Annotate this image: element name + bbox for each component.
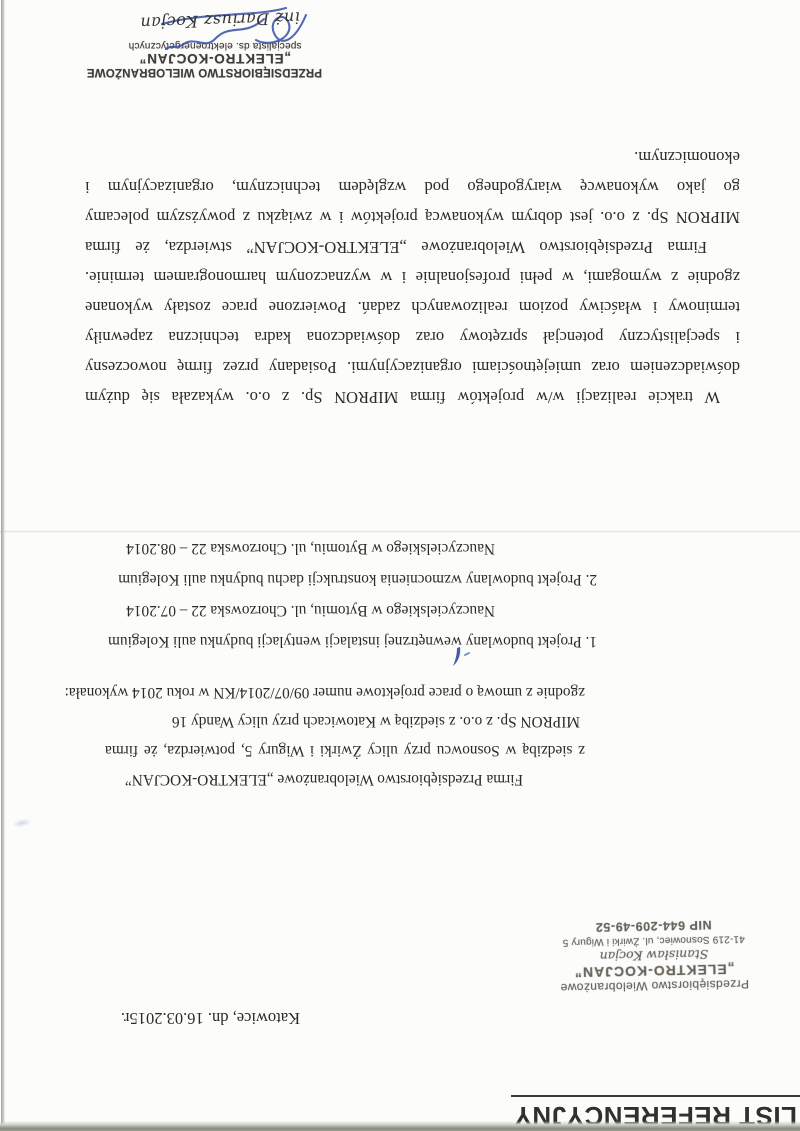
scanner-edge-left bbox=[1, 0, 5, 1131]
text-line: i specjalistyczny potencjał sprzętowy or… bbox=[85, 322, 740, 352]
text-line: Nauczycielskiego w Bytomiu, ul. Chorzows… bbox=[103, 533, 597, 564]
scanner-edge-bottom bbox=[0, 1121, 800, 1131]
text-line: MIPRON Sp. z o.o. z siedzibą w Katowicac… bbox=[105, 707, 585, 736]
text-line: go jako wykonawcę wiarygodnego pod wzglę… bbox=[85, 172, 740, 202]
text-line: terminowy i właściwy poziom realizowanyc… bbox=[85, 292, 740, 322]
text-line: ekonomicznym. bbox=[85, 142, 740, 172]
text-line: 2. Projekt budowlany wzmocnienia konstru… bbox=[103, 564, 597, 595]
text-line: Firma Przedsiębiorstwo Wielobranżowe „EL… bbox=[85, 232, 740, 262]
date-text: Katowice, dn. 16.03.2015r. bbox=[121, 1008, 300, 1028]
paragraph-experience: W trakcie realizacji w/w projektów firma… bbox=[85, 262, 740, 412]
text-line: zgodnie z wymogami, w pełni profesjonaln… bbox=[85, 262, 740, 292]
text-line: Firma Przedsiębiorstwo Wielobranżowe „EL… bbox=[105, 765, 585, 794]
text-line: 1. Projekt budowlany wewnętrznej instala… bbox=[103, 626, 597, 657]
text-line: doświadczeniem oraz umiejętnościami orga… bbox=[85, 352, 740, 382]
text-line: z siedzibą w Sosnowcu przy ulicy Żwirki … bbox=[105, 736, 585, 765]
text-line: Nauczycielskiego w Bytomiu, ul. Chorzows… bbox=[103, 595, 597, 626]
fold-crease bbox=[0, 530, 800, 533]
letter: Katowice, dn. 16.03.2015r. Przedsiębiors… bbox=[0, 0, 800, 1131]
text-line: PRZEDSIĘBIORSTWO WIELOBRANŻOWE bbox=[108, 65, 322, 79]
scan-page: Katowice, dn. 16.03.2015r. Przedsiębiors… bbox=[0, 0, 800, 1131]
text-line: zgodnie z umową o prace projektowe numer… bbox=[105, 678, 585, 707]
paragraph-recommendation: Firma Przedsiębiorstwo Wielobranżowe „EL… bbox=[85, 142, 740, 262]
text-line: MIPRON Sp. z o.o. jest dobrym wykonawcą … bbox=[85, 202, 740, 232]
text-line: W trakcie realizacji w/w projektów firma… bbox=[85, 382, 740, 412]
project-list: 1. Projekt budowlany wewnętrznej instala… bbox=[103, 533, 597, 657]
company-stamp: Przedsiębiorstwo Wielobranżowe„ELEKTRO-K… bbox=[535, 916, 773, 996]
paragraph-opening: Firma Przedsiębiorstwo Wielobranżowe „EL… bbox=[105, 678, 585, 794]
